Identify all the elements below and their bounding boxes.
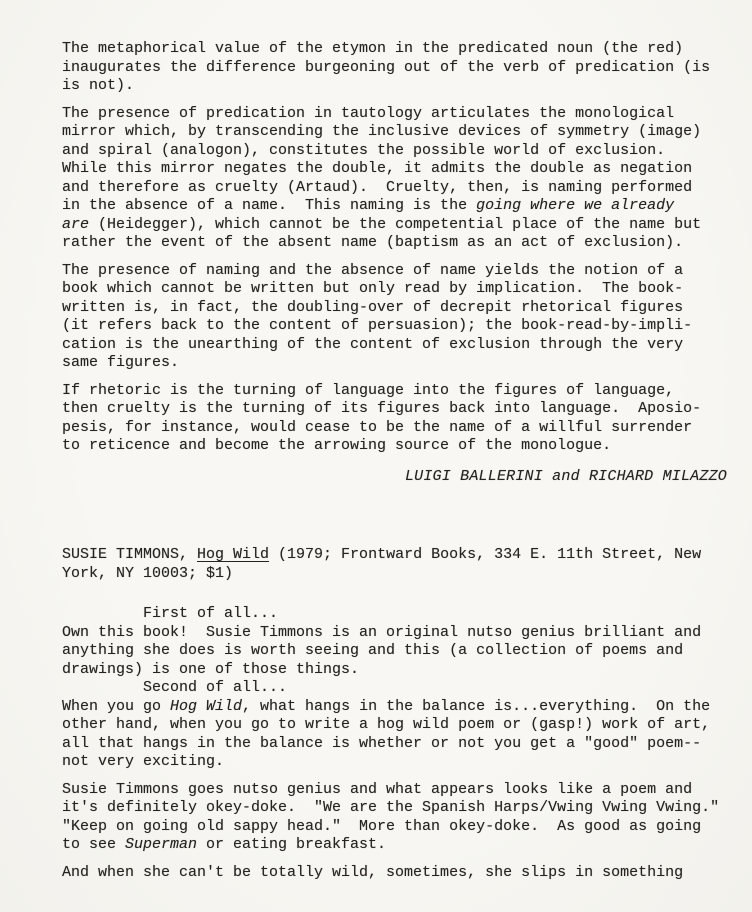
review-author: SUSIE TIMMONS, xyxy=(62,546,197,563)
essay-paragraph-3: The presence of naming and the absence o… xyxy=(62,262,727,373)
essay-paragraph-2: The presence of predication in tautology… xyxy=(62,105,727,253)
review-paragraph-2-text-cont: or eating breakfast. xyxy=(197,836,386,853)
scanned-page: The metaphorical value of the etymon in … xyxy=(0,0,752,912)
review-paragraph-1-italic-title: Hog Wild xyxy=(170,698,242,715)
essay-paragraph-4: If rhetoric is the turning of language i… xyxy=(62,382,727,456)
essay-paragraph-1: The metaphorical value of the etymon in … xyxy=(62,40,727,96)
review-heading: SUSIE TIMMONS, Hog Wild (1979; Frontward… xyxy=(62,546,727,583)
essay-paragraph-2-text-cont: (Heidegger), which cannot be the compete… xyxy=(62,216,701,252)
review-paragraph-3: And when she can't be totally wild, some… xyxy=(62,864,727,883)
book-title: Hog Wild xyxy=(197,546,269,563)
review-paragraph-2-italic-title: Superman xyxy=(125,836,197,853)
review-paragraph-2: Susie Timmons goes nutso genius and what… xyxy=(62,781,727,855)
review-paragraph-1: First of all... Own this book! Susie Tim… xyxy=(62,605,727,772)
essay-byline: LUIGI BALLERINI and RICHARD MILAZZO xyxy=(62,468,727,487)
document-body: The metaphorical value of the etymon in … xyxy=(62,40,727,882)
